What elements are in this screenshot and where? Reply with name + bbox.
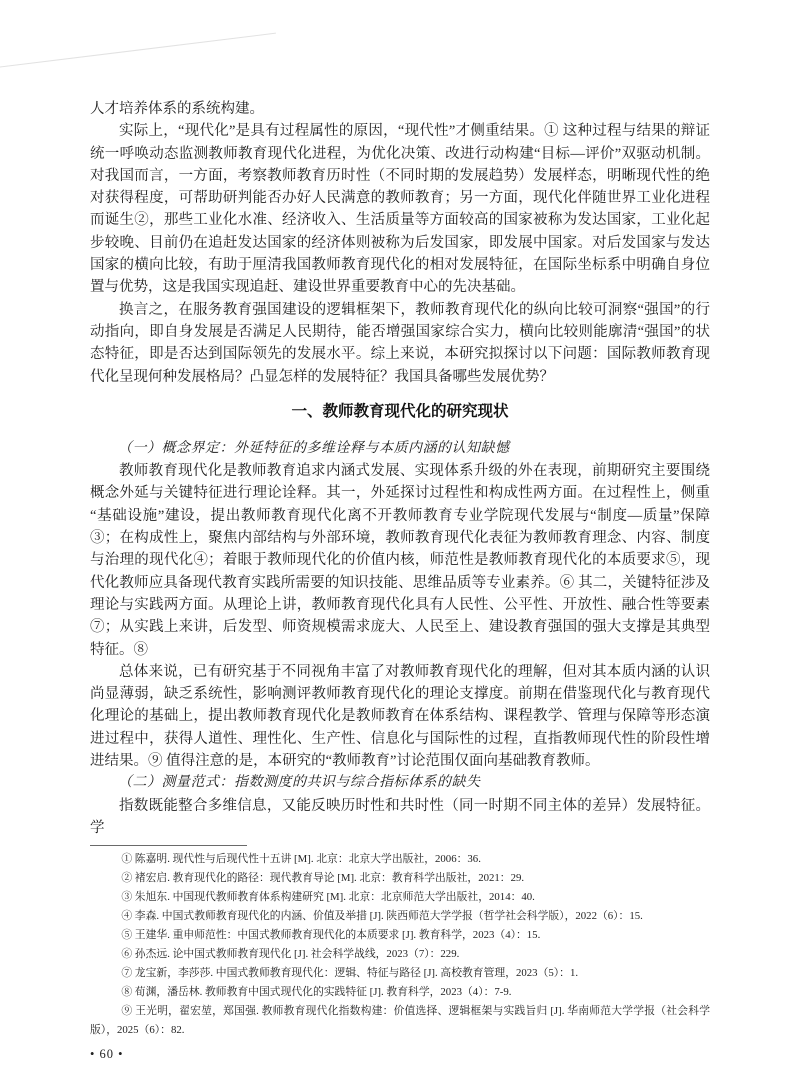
body-paragraph-continuation: 人才培养体系的系统构建。 (90, 98, 710, 120)
footnote-6: ⑥ 孙杰远. 论中国式教师教育现代化 [J]. 社会科学战线，2023（7）：2… (90, 945, 710, 964)
article-body: 人才培养体系的系统构建。 实际上，“现代化”是具有过程属性的原因，“现代性”才侧… (90, 98, 710, 1062)
page-number: • 60 • (90, 1046, 710, 1062)
body-paragraph-1: 实际上，“现代化”是具有过程属性的原因，“现代性”才侧重结果。① 这种过程与结果… (90, 120, 710, 298)
footnote-separator (90, 845, 247, 846)
document-page: 人才培养体系的系统构建。 实际上，“现代化”是具有过程属性的原因，“现代性”才侧… (0, 0, 800, 1077)
section-heading: 一、教师教育现代化的研究现状 (90, 400, 710, 424)
footnote-2: ② 褚宏启. 教育现代化的路径：现代教育导论 [M]. 北京：教育科学出版社，2… (90, 869, 710, 888)
scan-edge-artifact (0, 33, 276, 69)
footnote-4: ④ 李森. 中国式教师教育现代化的内涵、价值及举措 [J]. 陕西师范大学学报（… (90, 907, 710, 926)
footnote-8: ⑧ 荀渊，潘岳林. 教师教育中国式现代化的实践特征 [J]. 教育科学，2023… (90, 983, 710, 1002)
body-paragraph-3: 教师教育现代化是教师教育追求内涵式发展、实现体系升级的外在表现，前期研究主要围绕… (90, 460, 710, 661)
footnote-9: ⑨ 王光明，翟宏堃，郑国强. 教师教育现代化指数构建：价值选择、逻辑框架与实践旨… (90, 1002, 710, 1040)
body-paragraph-2: 换言之，在服务教育强国建设的逻辑框架下，教师教育现代化的纵向比较可洞察“强国”的… (90, 299, 710, 388)
footnote-7: ⑦ 龙宝新，李莎莎. 中国式教师教育现代化：逻辑、特征与路径 [J]. 高校教育… (90, 964, 710, 983)
subheading-2: （二）测量范式：指数测度的共识与综合指标体系的缺失 (90, 772, 710, 794)
footnotes-block: ① 陈嘉明. 现代性与后现代性十五讲 [M]. 北京：北京大学出版社，2006：… (90, 850, 710, 1040)
footnote-5: ⑤ 王建华. 重申师范性：中国式教师教育现代化的本质要求 [J]. 教育科学，2… (90, 926, 710, 945)
body-paragraph-5: 指数既能整合多维信息，又能反映历时性和共时性（同一时期不同主体的差异）发展特征。… (90, 795, 710, 840)
body-paragraph-4: 总体来说，已有研究基于不同视角丰富了对教师教育现代化的理解，但对其本质内涵的认识… (90, 661, 710, 772)
subheading-1: （一）概念界定：外延特征的多维诠释与本质内涵的认知缺憾 (90, 438, 710, 460)
footnote-3: ③ 朱旭东. 中国现代教师教育体系构建研究 [M]. 北京：北京师范大学出版社，… (90, 888, 710, 907)
footnote-1: ① 陈嘉明. 现代性与后现代性十五讲 [M]. 北京：北京大学出版社，2006：… (90, 850, 710, 869)
